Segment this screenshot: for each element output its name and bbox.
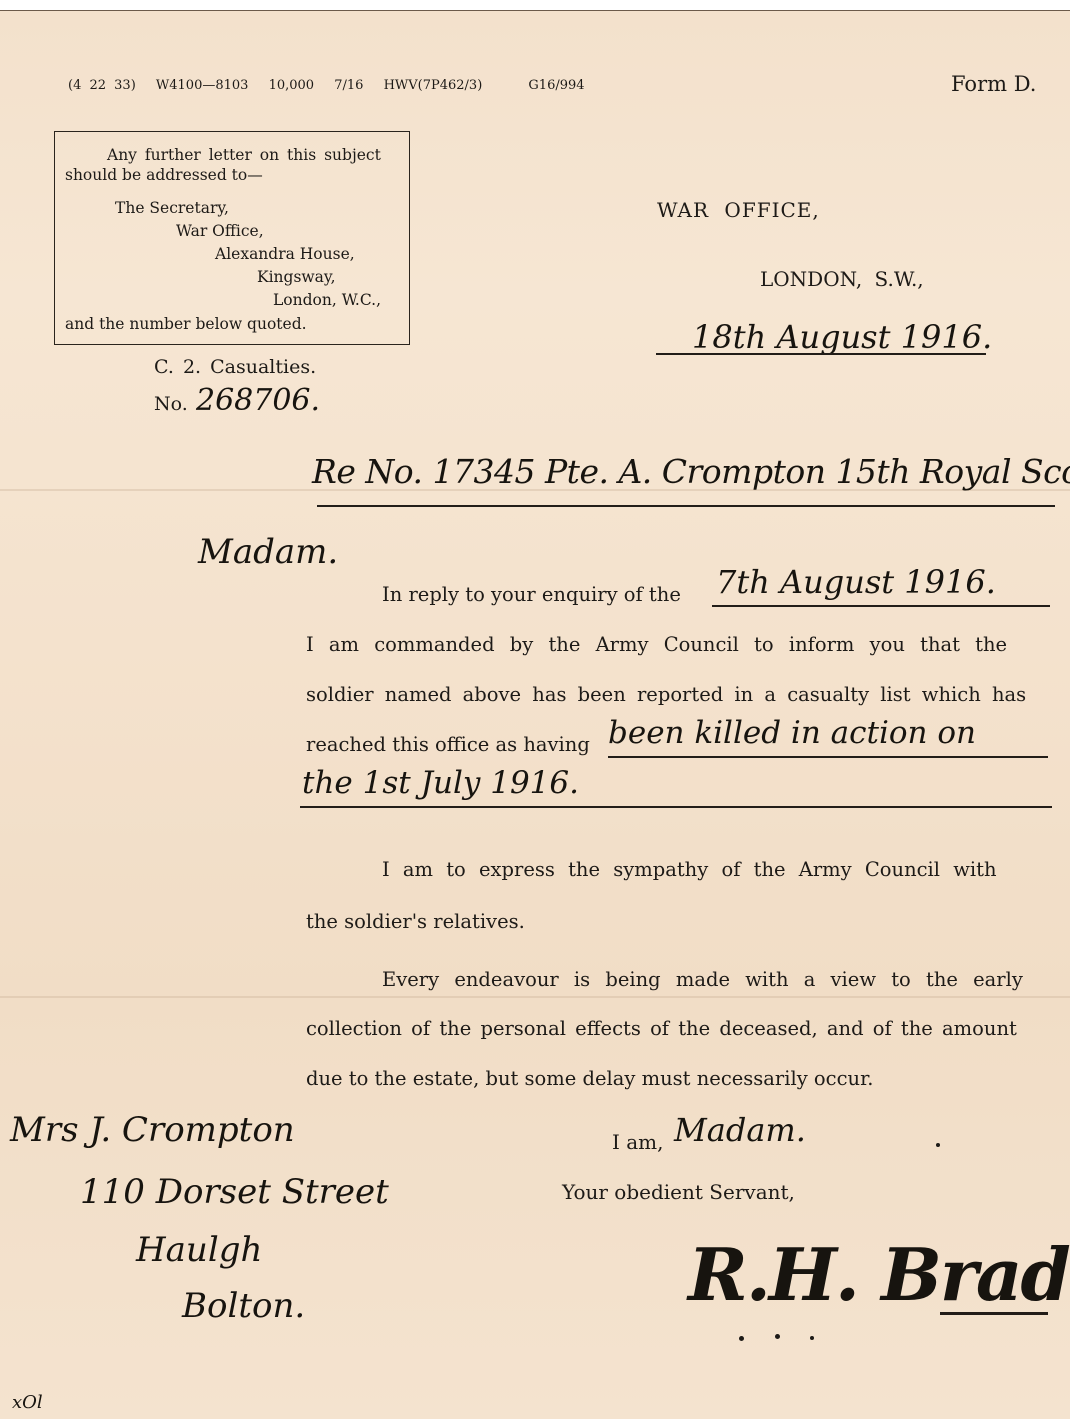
enquiry-date-underline	[712, 605, 1050, 607]
subject-line: Re No. 17345 Pte. A. Crompton 15th Royal…	[312, 452, 1070, 491]
signature: R.H. Brade	[688, 1232, 1070, 1317]
recipient-town: Bolton.	[182, 1286, 305, 1326]
closing-madam: Madam.	[674, 1111, 806, 1149]
address-line: Kingsway,	[257, 268, 336, 286]
print-code: HWV(7P462/3)	[384, 78, 483, 93]
address-line: should be addressed to—	[65, 166, 263, 184]
ink-dot	[810, 1336, 814, 1340]
address-line: Alexandra House,	[215, 245, 355, 263]
print-code: (4 22 33)	[68, 78, 136, 93]
ink-dot	[936, 1143, 940, 1147]
paragraph3-line: collection of the personal effects of th…	[306, 1017, 1017, 1040]
ink-dot	[739, 1336, 744, 1341]
form-label: Form D.	[951, 72, 1036, 96]
date-underline	[656, 353, 986, 355]
address-line: The Secretary,	[115, 199, 229, 217]
status-underline	[608, 756, 1048, 758]
enquiry-date: 7th August 1916.	[716, 563, 996, 601]
address-line: London, W.C.,	[273, 291, 381, 309]
address-box: Any further letter on this subject shoul…	[54, 131, 410, 345]
address-line: War Office,	[176, 222, 264, 240]
paragraph2-line: the soldier's relatives.	[306, 910, 525, 933]
paragraph1-line: I am commanded by the Army Council to in…	[306, 633, 1007, 656]
casualty-date: the 1st July 1916.	[302, 765, 579, 801]
casualty-status: been killed in action on	[608, 715, 976, 751]
department-ref: C. 2. Casualties.	[154, 356, 316, 378]
print-code: 7/16	[334, 78, 363, 93]
address-line: Any further letter on this subject	[107, 146, 381, 164]
ink-dot	[775, 1334, 780, 1339]
closing-servant: Your obedient Servant,	[562, 1180, 795, 1204]
paragraph2-line: I am to express the sympathy of the Army…	[382, 858, 997, 881]
paragraph3-line: due to the estate, but some delay must n…	[306, 1067, 873, 1090]
reference-number: 268706.	[196, 383, 320, 418]
address-line: and the number below quoted.	[65, 315, 307, 333]
paragraph3-line: Every endeavour is being made with a vie…	[382, 968, 1023, 991]
paragraph1-line: reached this office as having	[306, 733, 590, 756]
print-code: G16/994	[528, 78, 584, 93]
subject-underline	[317, 505, 1055, 507]
salutation: Madam.	[198, 532, 338, 572]
corner-mark: xOl	[12, 1392, 43, 1413]
office-city: LONDON, S.W.,	[760, 267, 924, 291]
fold-line	[0, 996, 1070, 998]
recipient-name: Mrs J. Crompton	[10, 1110, 295, 1150]
paragraph1-line: soldier named above has been reported in…	[306, 683, 1026, 706]
print-codes: (4 22 33) W4100—8103 10,000 7/16 HWV(7P4…	[68, 78, 597, 93]
office-name: WAR OFFICE,	[657, 198, 820, 222]
paragraph1-line: In reply to your enquiry of the	[382, 583, 681, 606]
closing-i-am: I am,	[612, 1130, 664, 1154]
reference-number-label: No.	[154, 393, 188, 415]
status-underline	[300, 806, 1052, 808]
signature-flourish	[940, 1312, 1048, 1315]
print-code: W4100—8103	[156, 78, 249, 93]
recipient-area: Haulgh	[136, 1230, 262, 1270]
recipient-street: 110 Dorset Street	[80, 1172, 389, 1212]
letter-date: 18th August 1916.	[692, 318, 992, 356]
print-code: 10,000	[269, 78, 315, 93]
